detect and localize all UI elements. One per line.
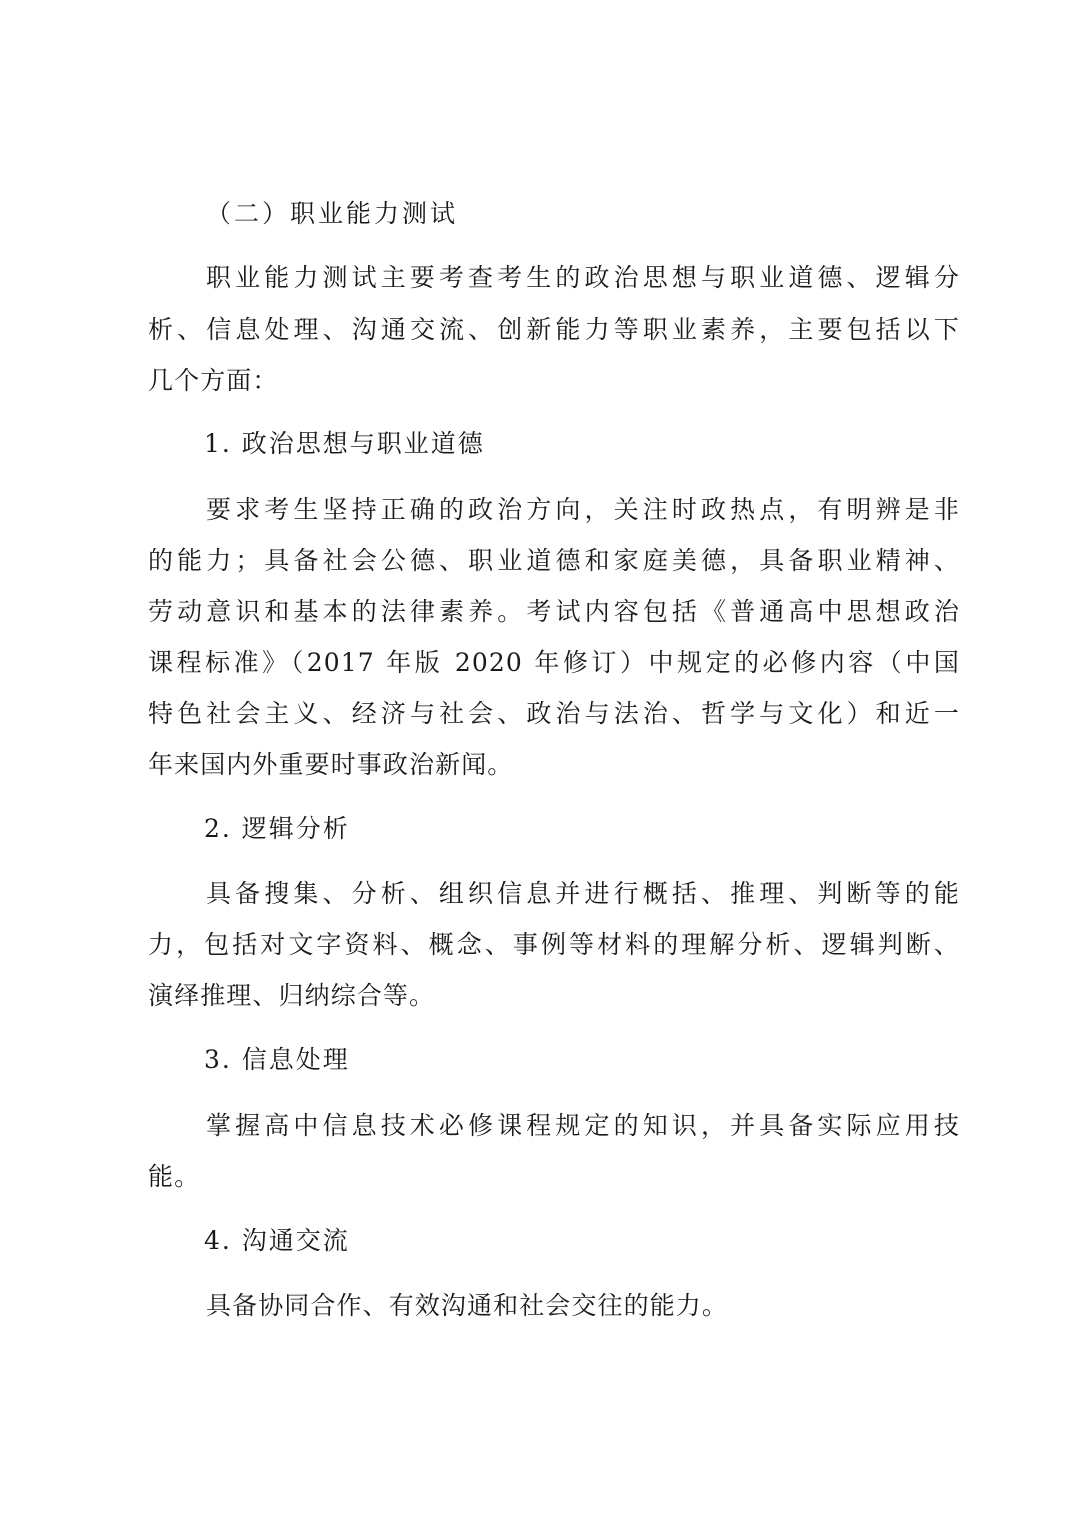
paragraph-line: 课程标准》（2017 年版 2020 年修订）中规定的必修内容（中国 [148,643,960,683]
paragraph-line: 特色社会主义、经济与社会、政治与法治、哲学与文化）和近一 [148,694,960,734]
paragraph-line: 几个方面： [148,361,960,401]
item-title-communication: 4. 沟通交流 [204,1221,1016,1261]
paragraph-line: 能。 [148,1157,960,1197]
section-heading: （二）职业能力测试 [206,194,1018,234]
paragraph-line: 年来国内外重要时事政治新闻。 [148,745,960,785]
paragraph-line: 具备搜集、分析、组织信息并进行概括、推理、判断等的能 [206,874,960,914]
paragraph-line: 力，包括对文字资料、概念、事例等材料的理解分析、逻辑判断、 [148,925,960,965]
paragraph-line: 的能力；具备社会公德、职业道德和家庭美德，具备职业精神、 [148,541,960,581]
paragraph-line: 掌握高中信息技术必修课程规定的知识，并具备实际应用技 [206,1106,960,1146]
paragraph-line: 要求考生坚持正确的政治方向，关注时政热点，有明辨是非 [206,490,960,530]
paragraph-line: 职业能力测试主要考查考生的政治思想与职业道德、逻辑分 [206,258,960,298]
paragraph-line: 具备协同合作、有效沟通和社会交往的能力。 [206,1286,960,1326]
item-title-logic: 2. 逻辑分析 [204,809,1016,849]
paragraph-line: 析、信息处理、沟通交流、创新能力等职业素养，主要包括以下 [148,310,960,350]
paragraph-line: 劳动意识和基本的法律素养。考试内容包括《普通高中思想政治 [148,592,960,632]
item-title-information: 3. 信息处理 [204,1040,1016,1080]
paragraph-line: 演绎推理、归纳综合等。 [148,976,960,1016]
document-page: （二）职业能力测试 职业能力测试主要考查考生的政治思想与职业道德、逻辑分 析、信… [0,0,1080,1527]
item-title-politics: 1. 政治思想与职业道德 [204,424,1016,464]
